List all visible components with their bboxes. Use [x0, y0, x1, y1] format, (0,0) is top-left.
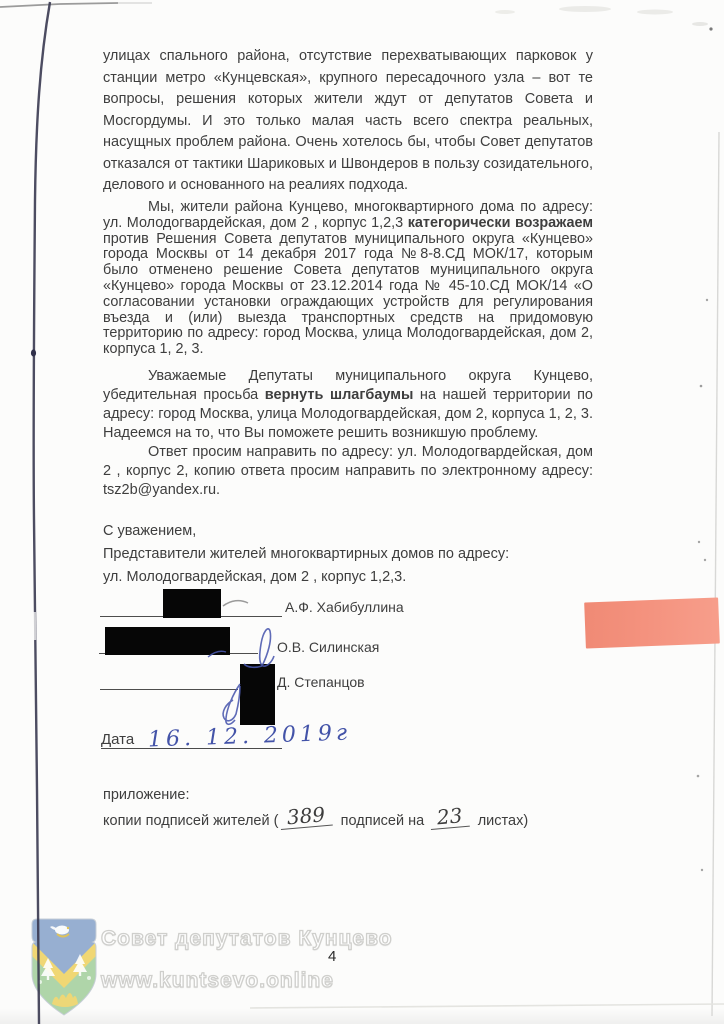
request-text-bold: вернуть шлагбаумы: [265, 387, 414, 403]
paragraph-request-block: Уважаемые Депутаты муниципального округа…: [103, 367, 593, 500]
redaction-box-2: [105, 627, 230, 655]
paragraph-intro-text: улицах спального района, отсутствие пере…: [103, 48, 593, 193]
date-label: Дата: [101, 731, 134, 748]
attachment-title: приложение:: [103, 787, 190, 803]
signer-name-3: Д. Степанцов: [277, 674, 365, 690]
sheet-count-handwritten: 23: [429, 805, 470, 830]
closing-salutation: С уважением,: [103, 520, 593, 543]
closing-block: С уважением, Представители жителей много…: [103, 520, 593, 589]
signer-name-2: О.В. Силинская: [277, 639, 379, 655]
date-underline: [101, 748, 282, 749]
kuntsevo-coat-of-arms-icon: [28, 916, 100, 1018]
attachment-text-post: листах): [478, 813, 528, 829]
signature-count-handwritten: 389: [280, 804, 334, 830]
paragraph-objection: Мы, жители района Кунцево, многоквартирн…: [103, 200, 593, 358]
page-number: 4: [328, 948, 336, 965]
ink-signature-3: [223, 684, 240, 724]
paragraph-request: Уважаемые Депутаты муниципального округа…: [103, 367, 593, 443]
paragraph-intro: улицах спального района, отсутствие пере…: [103, 46, 593, 197]
pink-sticker: [584, 597, 720, 648]
page-fold-line: [34, 2, 50, 1024]
scanned-document-page: Совет депутатов Кунцево www.kuntsevo.onl…: [0, 0, 724, 1024]
signature-line-3: [100, 689, 238, 690]
signer-name-1: А.Ф. Хабибуллина: [285, 599, 404, 615]
redaction-box-1: [163, 589, 221, 618]
closing-representatives: Представители жителей многоквартирных до…: [103, 543, 593, 566]
watermark-site-url: www.kuntsevo.online: [101, 969, 334, 993]
closing-address: ул. Молодогвардейская, дом 2 , корпус 1,…: [103, 566, 593, 589]
attachment-text-pre: копии подписей жителей (: [103, 813, 278, 829]
objection-text-post: против Решения Совета депутатов муниципа…: [103, 231, 593, 358]
paragraph-reply-address: Ответ просим направить по адресу: ул. Мо…: [103, 443, 593, 500]
redaction-box-3: [240, 664, 275, 725]
attachment-row: копии подписей жителей (389 подписей на …: [103, 808, 528, 830]
watermark-council-name: Совет депутатов Кунцево: [101, 927, 393, 951]
objection-text-bold: категорически возражаем: [408, 215, 593, 231]
attachment-text-mid: подписей на: [341, 813, 425, 829]
pen-mark-1: [223, 601, 248, 606]
